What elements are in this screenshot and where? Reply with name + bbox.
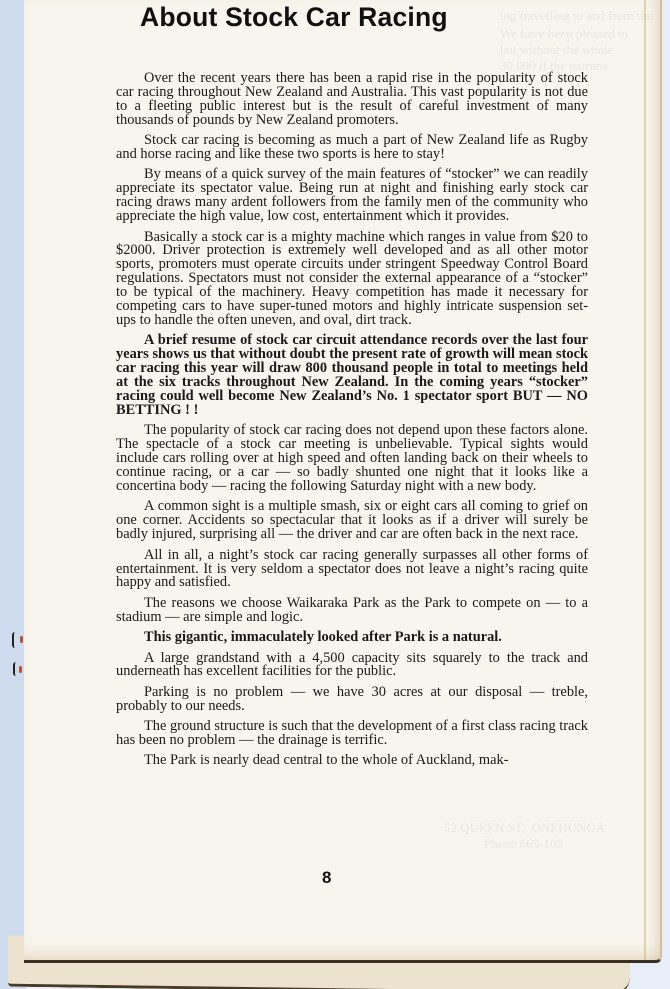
paragraph-attendance-records: A brief resume of stock car circuit atte… [116,334,588,417]
paragraph-stock-car-machine: Basically a stock car is a mighty machin… [116,231,588,328]
paragraph-parking: Parking is no problem — we have 30 acres… [116,686,588,714]
bleed-through-text: but without the whole [500,42,614,58]
paragraph-grandstand: A large grandstand with a 4,500 capacity… [116,652,588,680]
paragraph-central-location: The Park is nearly dead central to the w… [116,754,588,768]
paragraph-multiple-smash: A common sight is a multiple smash, six … [116,500,588,542]
paragraph-part-of-nz-life: Stock car racing is becoming as much a p… [116,134,588,162]
paragraph-entertainment: All in all, a night’s stock car racing g… [116,549,588,591]
bleed-through-text: We have been pleased to [500,26,628,42]
page-number: 8 [322,868,331,888]
article-body: Over the recent years there has been a r… [116,72,588,775]
paragraph-rise-in-popularity: Over the recent years there has been a r… [116,72,588,128]
bleed-through-text: ing travelling to and from the [500,8,653,24]
paragraph-waikaraka-park: The reasons we choose Waikaraka Park as … [116,597,588,625]
paragraph-ground-structure: The ground structure is such that the de… [116,720,588,748]
rust-spot [19,666,22,673]
rust-spot [20,636,23,643]
paragraph-spectacle: The popularity of stock car racing does … [116,424,588,494]
bleed-through-text: Phone 665-105 [484,836,563,852]
paragraph-park-natural: This gigantic, immaculately looked after… [116,631,588,645]
scan-backdrop [0,0,26,989]
bleed-through-text: 52 QUEEN ST., ONEHUNGA [444,820,605,836]
page-title: About Stock Car Racing [140,2,448,33]
staple-mark [12,632,18,648]
paragraph-spectator-value: By means of a quick survey of the main f… [116,168,588,224]
